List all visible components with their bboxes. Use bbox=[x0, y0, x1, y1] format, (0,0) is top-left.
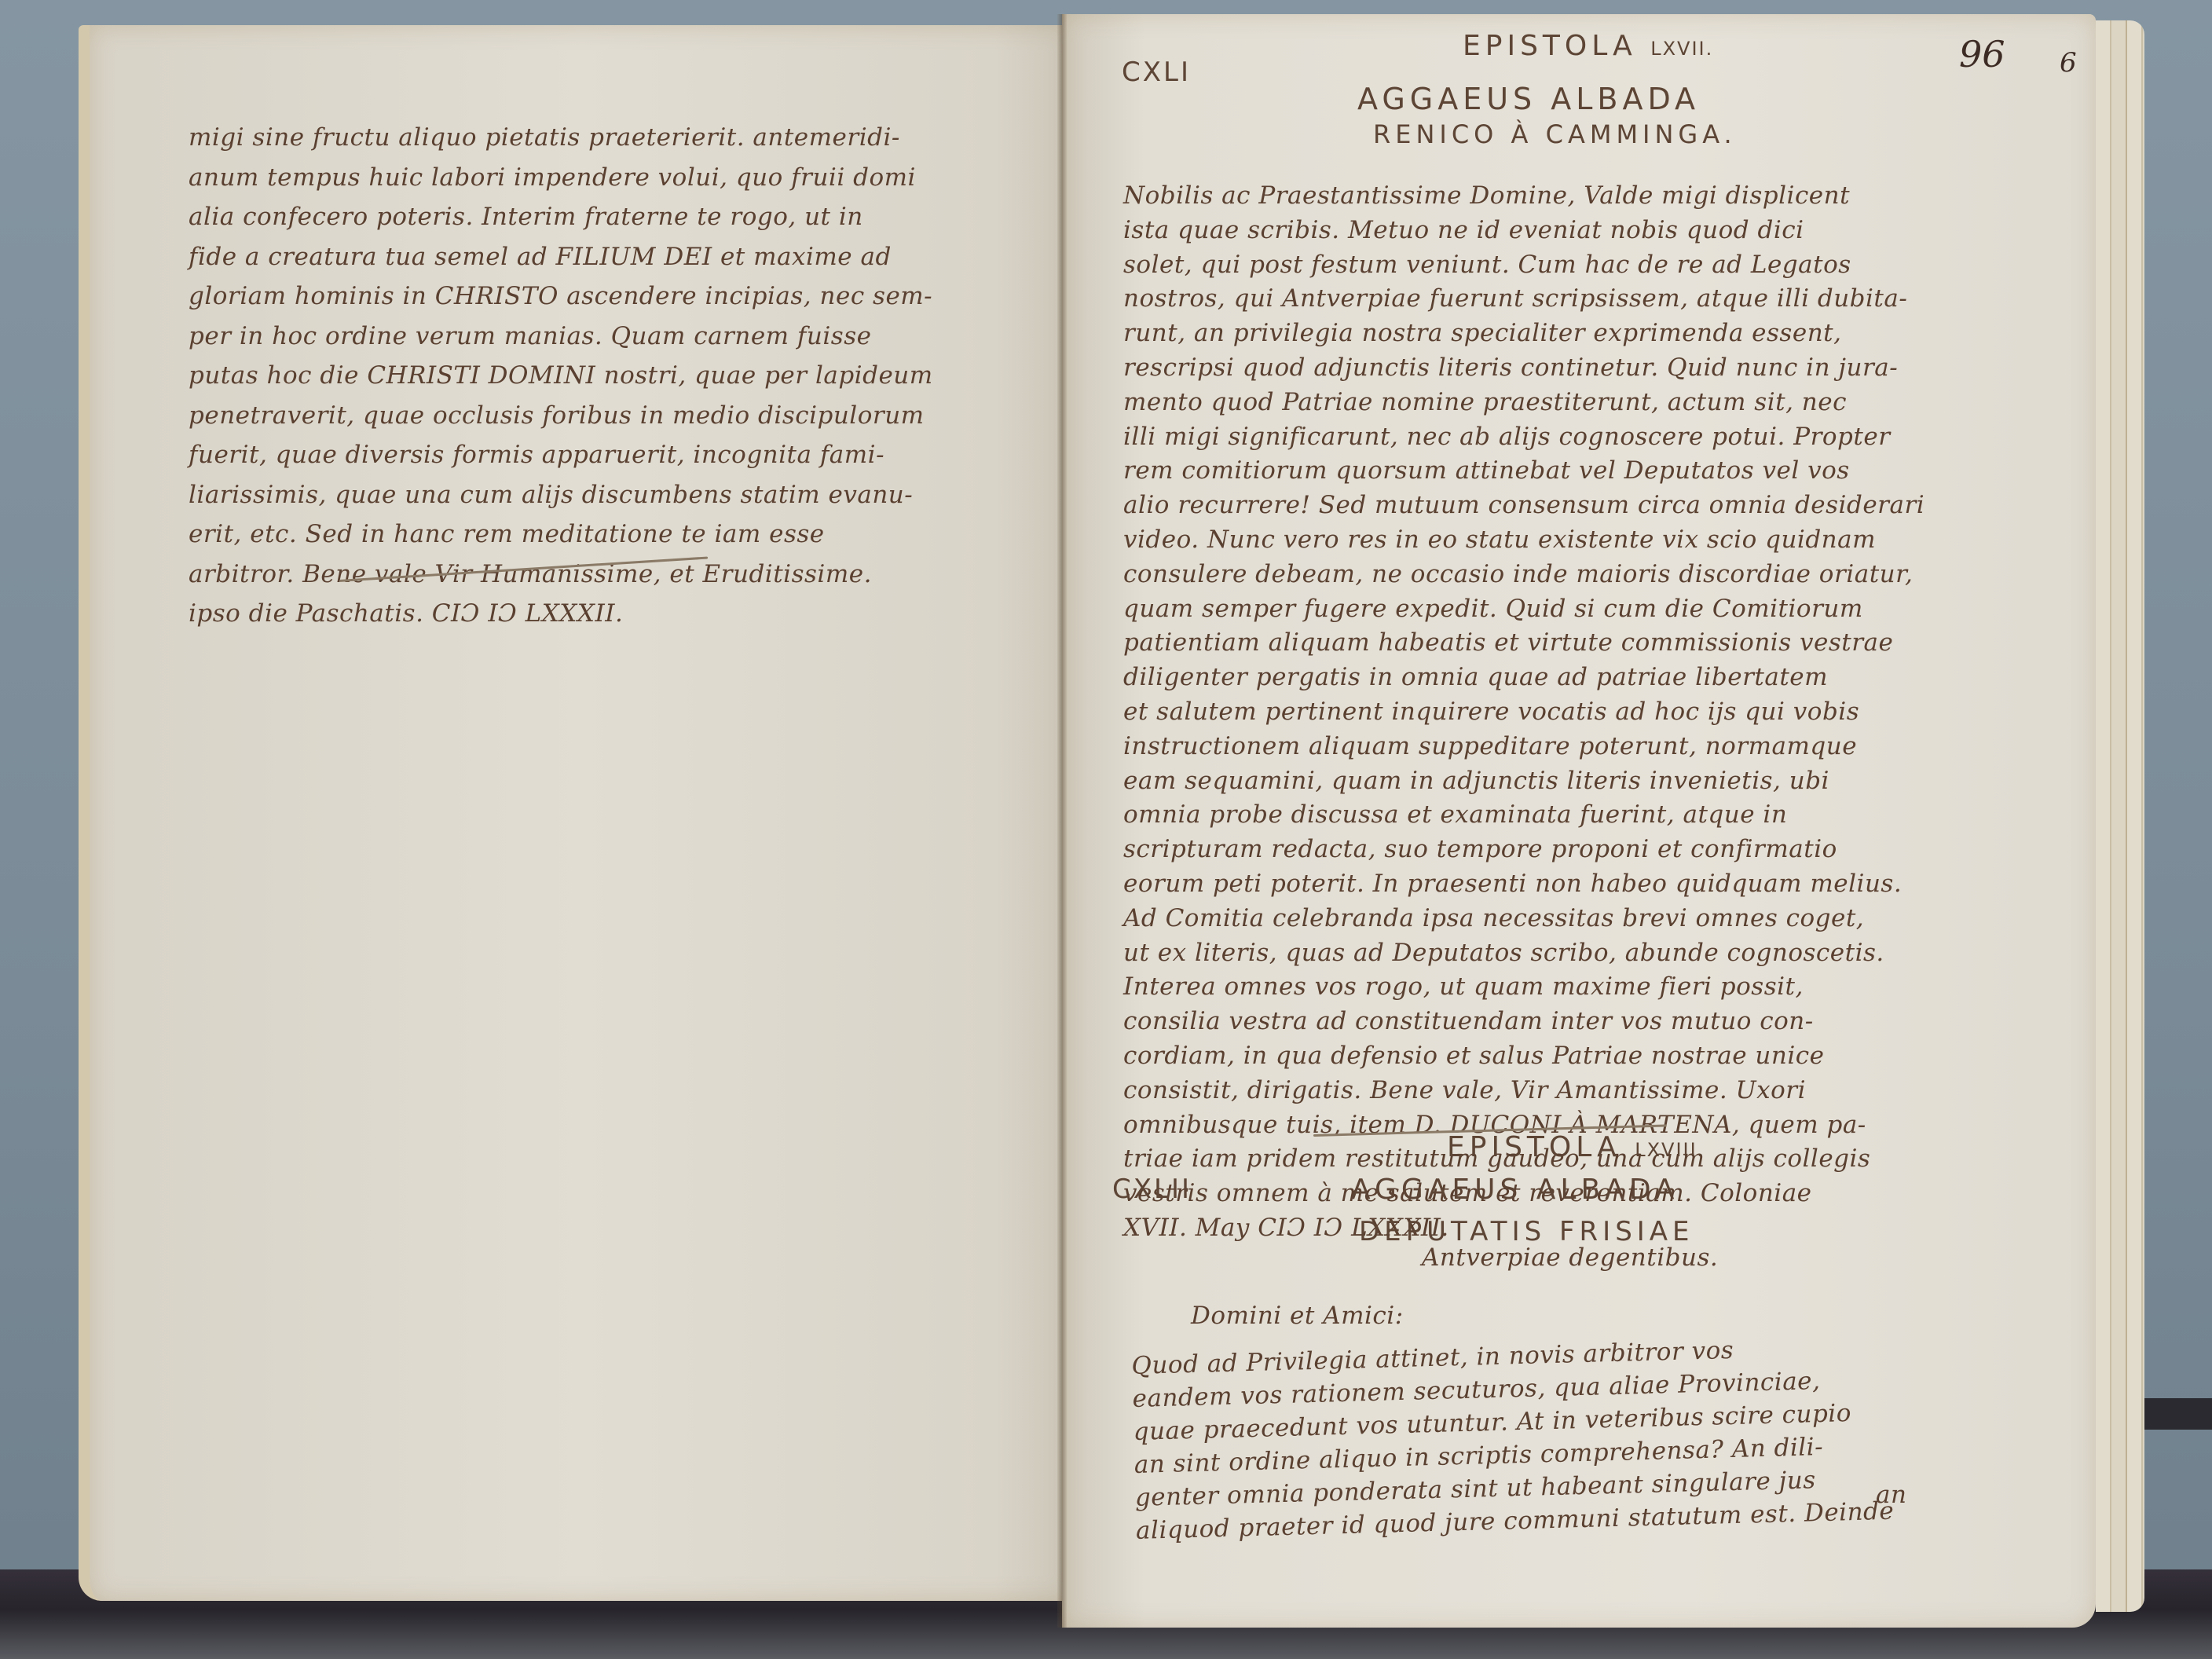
text-line: cordiam, in qua defensio et salus Patria… bbox=[1123, 1039, 1925, 1074]
sender-name: AGGAEUS ALBADA bbox=[1351, 1174, 1679, 1206]
heading-number: LXVIII. bbox=[1635, 1139, 1705, 1161]
text-line: migi sine fructu aliquo pietatis praeter… bbox=[189, 118, 933, 158]
text-line: ipso die Paschatis. CIƆ IƆ LXXXII. bbox=[189, 594, 933, 634]
text-line: Ad Comitia celebranda ipsa necessitas br… bbox=[1123, 902, 1925, 936]
text-line: liarissimis, quae una cum alijs discumbe… bbox=[189, 475, 933, 515]
text-line: scripturam redacta, suo tempore proponi … bbox=[1123, 833, 1925, 867]
letter-heading: EPISTOLA LXVIII. bbox=[1447, 1131, 1705, 1163]
margin-number: CXLI bbox=[1122, 57, 1191, 88]
text-line: eam sequamini, quam in adjunctis literis… bbox=[1123, 764, 1925, 799]
salutation: Domini et Amici: bbox=[1191, 1298, 1404, 1335]
recipient-subline: Antverpiae degentibus. bbox=[1422, 1240, 1718, 1276]
letter-2-body: Quod ad Privilegia attinet, in novis arb… bbox=[1131, 1330, 1895, 1547]
margin-number: CXLII bbox=[1112, 1174, 1192, 1205]
text-line: erit, etc. Sed in hanc rem meditatione t… bbox=[189, 515, 933, 555]
text-line: ista quae scribis. Metuo ne id eveniat n… bbox=[1123, 214, 1925, 248]
catchword: an bbox=[1876, 1477, 1906, 1514]
text-line: ut ex literis, quas ad Deputatos scribo,… bbox=[1123, 936, 1925, 971]
text-line: consulere debeam, ne occasio inde maiori… bbox=[1123, 558, 1925, 592]
text-line: gloriam hominis in CHRISTO ascendere inc… bbox=[189, 276, 933, 317]
letter-heading: EPISTOLA LXVII. bbox=[1463, 30, 1713, 62]
edge-mark: 6 bbox=[2060, 47, 2077, 79]
text-line: diligenter pergatis in omnia quae ad pat… bbox=[1123, 661, 1925, 695]
text-line: arbitror. Bene vale Vir Humanissime, et … bbox=[189, 555, 933, 595]
text-line: rescripsi quod adjunctis literis contine… bbox=[1123, 351, 1925, 386]
text-line: omnia probe discussa et examinata fuerin… bbox=[1123, 798, 1925, 833]
text-line: per in hoc ordine verum manias. Quam car… bbox=[189, 317, 933, 357]
text-line: solet, qui post festum veniunt. Cum hac … bbox=[1123, 248, 1925, 283]
recipient-name: RENICO À CAMMINGA. bbox=[1373, 119, 1737, 149]
page-edges bbox=[2096, 20, 2144, 1612]
left-page-text: migi sine fructu aliquo pietatis praeter… bbox=[189, 118, 933, 634]
heading-word: EPISTOLA bbox=[1463, 30, 1637, 62]
text-line: penetraverit, quae occlusis foribus in m… bbox=[189, 396, 933, 436]
folio-number: 96 bbox=[1959, 33, 2005, 75]
text-line: patientiam aliquam habeatis et virtute c… bbox=[1123, 626, 1925, 661]
text-line: Interea omnes vos rogo, ut quam maxime f… bbox=[1123, 970, 1925, 1005]
text-line: consistit, dirigatis. Bene vale, Vir Ama… bbox=[1123, 1074, 1925, 1108]
text-line: anum tempus huic labori impendere volui,… bbox=[189, 158, 933, 198]
text-line: eorum peti poterit. In praesenti non hab… bbox=[1123, 867, 1925, 902]
text-line: fuerit, quae diversis formis apparuerit,… bbox=[189, 435, 933, 475]
text-line: video. Nunc vero res in eo statu existen… bbox=[1123, 523, 1925, 558]
sender-name: AGGAEUS ALBADA bbox=[1357, 82, 1700, 116]
text-line: fide a creatura tua semel ad FILIUM DEI … bbox=[189, 237, 933, 277]
letter-1-body: Nobilis ac Praestantissime Domine, Valde… bbox=[1123, 179, 1925, 1246]
heading-word: EPISTOLA bbox=[1447, 1131, 1621, 1163]
text-line: mento quod Patriae nomine praestiterunt,… bbox=[1123, 386, 1925, 420]
text-line: Nobilis ac Praestantissime Domine, Valde… bbox=[1123, 179, 1925, 214]
text-line: runt, an privilegia nostra specialiter e… bbox=[1123, 317, 1925, 351]
text-line: et salutem pertinent inquirere vocatis a… bbox=[1123, 695, 1925, 730]
text-line: putas hoc die CHRISTI DOMINI nostri, qua… bbox=[189, 356, 933, 396]
text-line: quam semper fugere expedit. Quid si cum … bbox=[1123, 592, 1925, 627]
text-line: rem comitiorum quorsum attinebat vel Dep… bbox=[1123, 454, 1925, 489]
text-line: alio recurrere! Sed mutuum consensum cir… bbox=[1123, 489, 1925, 523]
text-line: illi migi significarunt, nec ab alijs co… bbox=[1123, 420, 1925, 455]
text-line: instructionem aliquam suppeditare poteru… bbox=[1123, 730, 1925, 764]
heading-number: LXVII. bbox=[1650, 38, 1713, 60]
text-line: consilia vestra ad constituendam inter v… bbox=[1123, 1005, 1925, 1039]
book-gutter bbox=[1057, 14, 1067, 1628]
text-line: alia confecero poteris. Interim fraterne… bbox=[189, 197, 933, 237]
text-line: nostros, qui Antverpiae fuerunt scripsis… bbox=[1123, 282, 1925, 317]
